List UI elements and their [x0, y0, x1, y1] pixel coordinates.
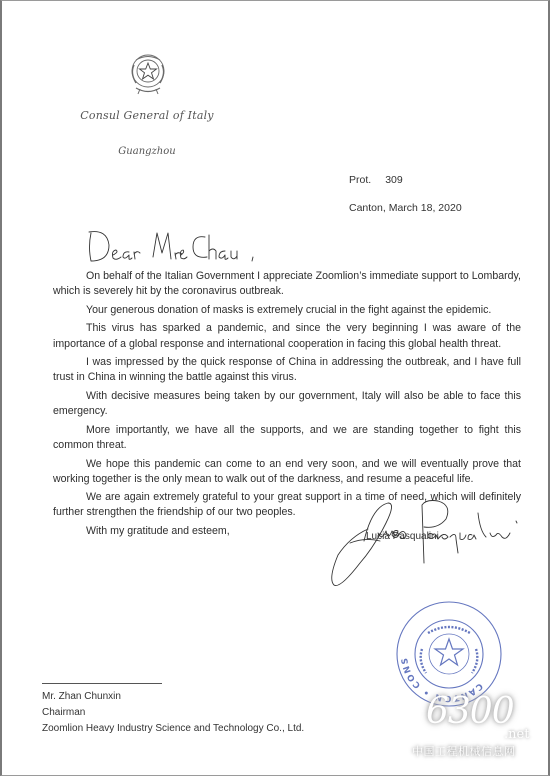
protocol-label: Prot.	[349, 174, 371, 186]
italian-emblem-icon	[126, 51, 170, 97]
handwritten-salutation: Dear Mr Chau ,	[85, 227, 265, 267]
protocol-number: 309	[385, 174, 403, 186]
recipient-title: Chairman	[42, 705, 304, 721]
paragraph: With decisive measures being taken by ou…	[53, 389, 521, 419]
watermark-suffix: .net	[504, 727, 529, 742]
recipient-block: Mr. Zhan Chunxin Chairman Zoomlion Heavy…	[42, 689, 304, 737]
consulate-stamp-icon: CANTON • CONSOLATO GENERALE D'ITALIA	[394, 599, 504, 709]
paragraph: More importantly, we have all the suppor…	[53, 423, 521, 453]
protocol-reference: Prot.309	[349, 174, 403, 186]
paragraph: On behalf of the Italian Government I ap…	[53, 269, 521, 299]
signer-printed-name: Lucia Pasqualini	[366, 531, 439, 542]
recipient-company: Zoomlion Heavy Industry Science and Tech…	[42, 721, 304, 737]
recipient-name: Mr. Zhan Chunxin	[42, 689, 304, 705]
letterhead-title: Consul General of Italy	[62, 109, 232, 122]
paragraph: This virus has sparked a pandemic, and s…	[53, 321, 521, 351]
recipient-divider	[42, 683, 162, 684]
letter-page: Consul General of Italy Guangzhou Prot.3…	[0, 0, 550, 776]
date-line: Canton, March 18, 2020	[349, 202, 462, 214]
svg-text:CANTON • CONSOLATO GENERALE D': CANTON • CONSOLATO GENERALE D'ITALIA	[394, 599, 484, 703]
letterhead-city: Guangzhou	[62, 146, 232, 157]
watermark-site-name: 中国工程机械信息网	[412, 743, 542, 759]
paragraph: I was impressed by the quick response of…	[53, 355, 521, 385]
paragraph: Your generous donation of masks is extre…	[53, 303, 521, 318]
handwritten-signature: Lucia Pasqualini	[320, 493, 530, 593]
paragraph: We hope this pandemic can come to an end…	[53, 457, 521, 487]
